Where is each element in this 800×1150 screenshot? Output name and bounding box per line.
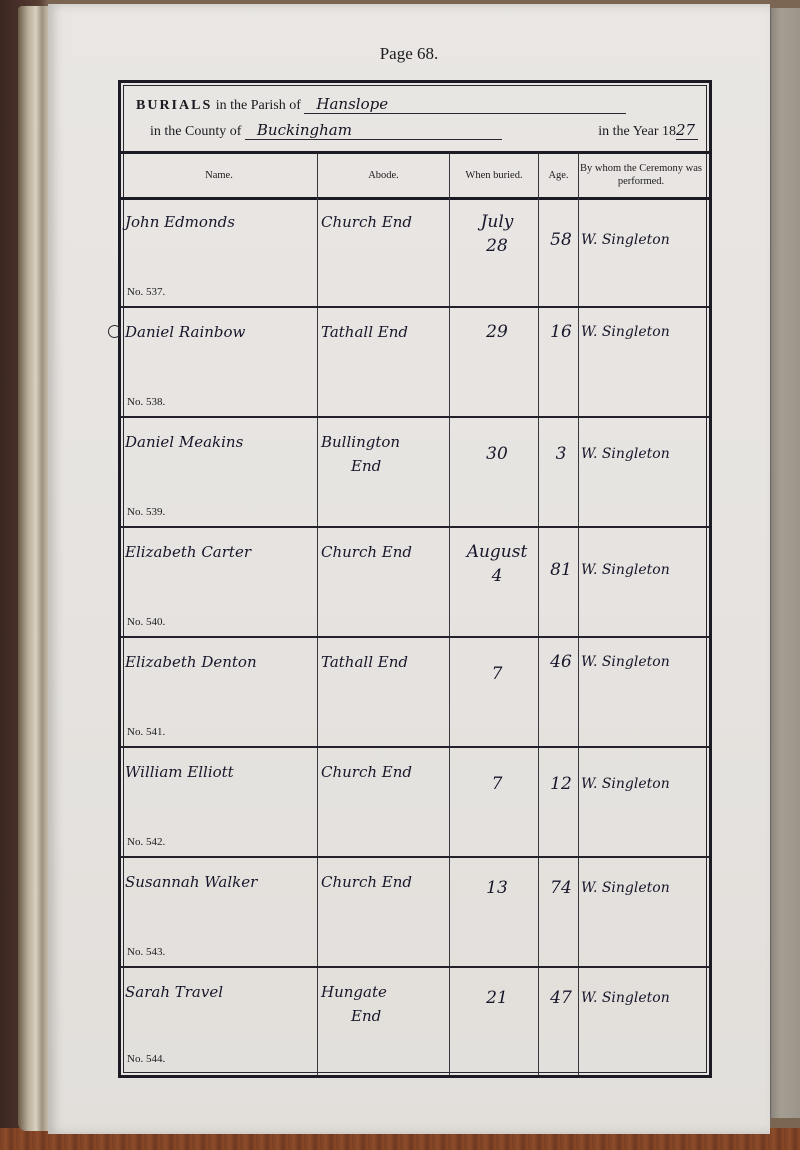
year-label: in the Year 18 [598,124,676,139]
burial-entry: Elizabeth Carter Church End August4 81 W… [121,530,709,638]
entry-number: No. 538. [127,396,165,408]
entry-abode: Church End [321,210,449,234]
page-number: Page 68. [48,44,770,64]
year-line: in the Year 1827 [598,121,698,140]
entry-when-buried: August4 [455,540,539,588]
facing-page-edge [768,8,800,1118]
entry-abode: Church End [321,760,449,784]
entry-age: 47 [543,986,579,1010]
county-line: in the County of Buckingham [150,121,502,140]
entry-abode: Church End [321,870,449,894]
entry-when-buried: 13 [455,876,539,900]
column-header-row: Name. Abode. When buried. Age. By whom t… [121,153,709,197]
entry-name: William Elliott [125,760,317,784]
entry-age: 16 [543,320,579,344]
column-header-name: Name. [121,153,317,197]
entry-age: 46 [543,650,579,674]
entry-when-buried: 29 [455,320,539,344]
entry-abode: BullingtonEnd [321,430,449,478]
entry-when-buried: 21 [455,986,539,1010]
row-rule [121,746,709,748]
entry-officiant: W. Singleton [581,558,703,582]
entry-name: Susannah Walker [125,870,317,894]
entry-officiant: W. Singleton [581,772,703,796]
burial-entry: Elizabeth Denton Tathall End 7 46 W. Sin… [121,640,709,748]
row-rule [121,856,709,858]
entry-name: Daniel Meakins [125,430,317,454]
county-value: Buckingham [245,121,502,140]
entry-abode: Tathall End [321,320,449,344]
parish-line: BURIALS in the Parish of Hanslope [136,95,626,114]
entry-age: 58 [543,228,579,252]
county-label: in the County of [150,124,241,139]
burial-entry: Sarah Travel HungateEnd 21 47 W. Singlet… [121,970,709,1075]
entry-number: No. 543. [127,946,165,958]
entry-officiant: W. Singleton [581,442,703,466]
row-rule [121,636,709,638]
entry-number: No. 537. [127,286,165,298]
burial-entry: Daniel Meakins BullingtonEnd 30 3 W. Sin… [121,420,709,528]
entry-age: 81 [543,558,579,582]
entry-officiant: W. Singleton [581,228,703,252]
entry-when-buried: 7 [455,772,539,796]
entry-name: Elizabeth Denton [125,650,317,674]
entry-officiant: W. Singleton [581,986,703,1010]
entry-when-buried: July28 [455,210,539,258]
year-value: 27 [676,121,698,140]
parish-label: in the Parish of [216,98,301,113]
row-rule [121,416,709,418]
row-rule [121,306,709,308]
entry-abode: HungateEnd [321,980,449,1028]
row-rule [121,526,709,528]
entry-when-buried: 30 [455,442,539,466]
entry-when-buried: 7 [455,662,539,686]
burial-entry: John Edmonds Church End July28 58 W. Sin… [121,200,709,308]
burials-title: BURIALS [136,98,212,113]
entry-name: Sarah Travel [125,980,317,1004]
column-header-age: Age. [539,153,578,197]
entry-age: 74 [543,876,579,900]
entry-name: John Edmonds [125,210,317,234]
burial-register-table: BURIALS in the Parish of Hanslope in the… [118,80,712,1078]
parish-value: Hanslope [304,95,626,114]
entry-number: No. 544. [127,1053,165,1065]
register-heading: BURIALS in the Parish of Hanslope in the… [126,87,704,149]
entry-age: 3 [543,442,579,466]
burial-entry: William Elliott Church End 7 12 W. Singl… [121,750,709,858]
entry-number: No. 541. [127,726,165,738]
column-header-when-buried: When buried. [450,153,538,197]
entry-number: No. 542. [127,836,165,848]
entry-abode: Church End [321,540,449,564]
burial-entry: Daniel Rainbow Tathall End 29 16 W. Sing… [121,310,709,418]
margin-circle-mark [108,325,121,338]
column-header-officiant: By whom the Ceremony was performed. [579,153,703,197]
entry-officiant: W. Singleton [581,876,703,900]
entry-number: No. 539. [127,506,165,518]
row-rule [121,966,709,968]
register-page: Page 68. BURIALS in the Parish of Hanslo… [48,4,770,1134]
burial-entry: Susannah Walker Church End 13 74 W. Sing… [121,860,709,968]
entry-abode: Tathall End [321,650,449,674]
column-header-abode: Abode. [318,153,449,197]
entry-number: No. 540. [127,616,165,628]
entry-name: Elizabeth Carter [125,540,317,564]
entry-age: 12 [543,772,579,796]
entry-officiant: W. Singleton [581,320,703,344]
entry-officiant: W. Singleton [581,650,703,674]
entry-name: Daniel Rainbow [125,320,317,344]
